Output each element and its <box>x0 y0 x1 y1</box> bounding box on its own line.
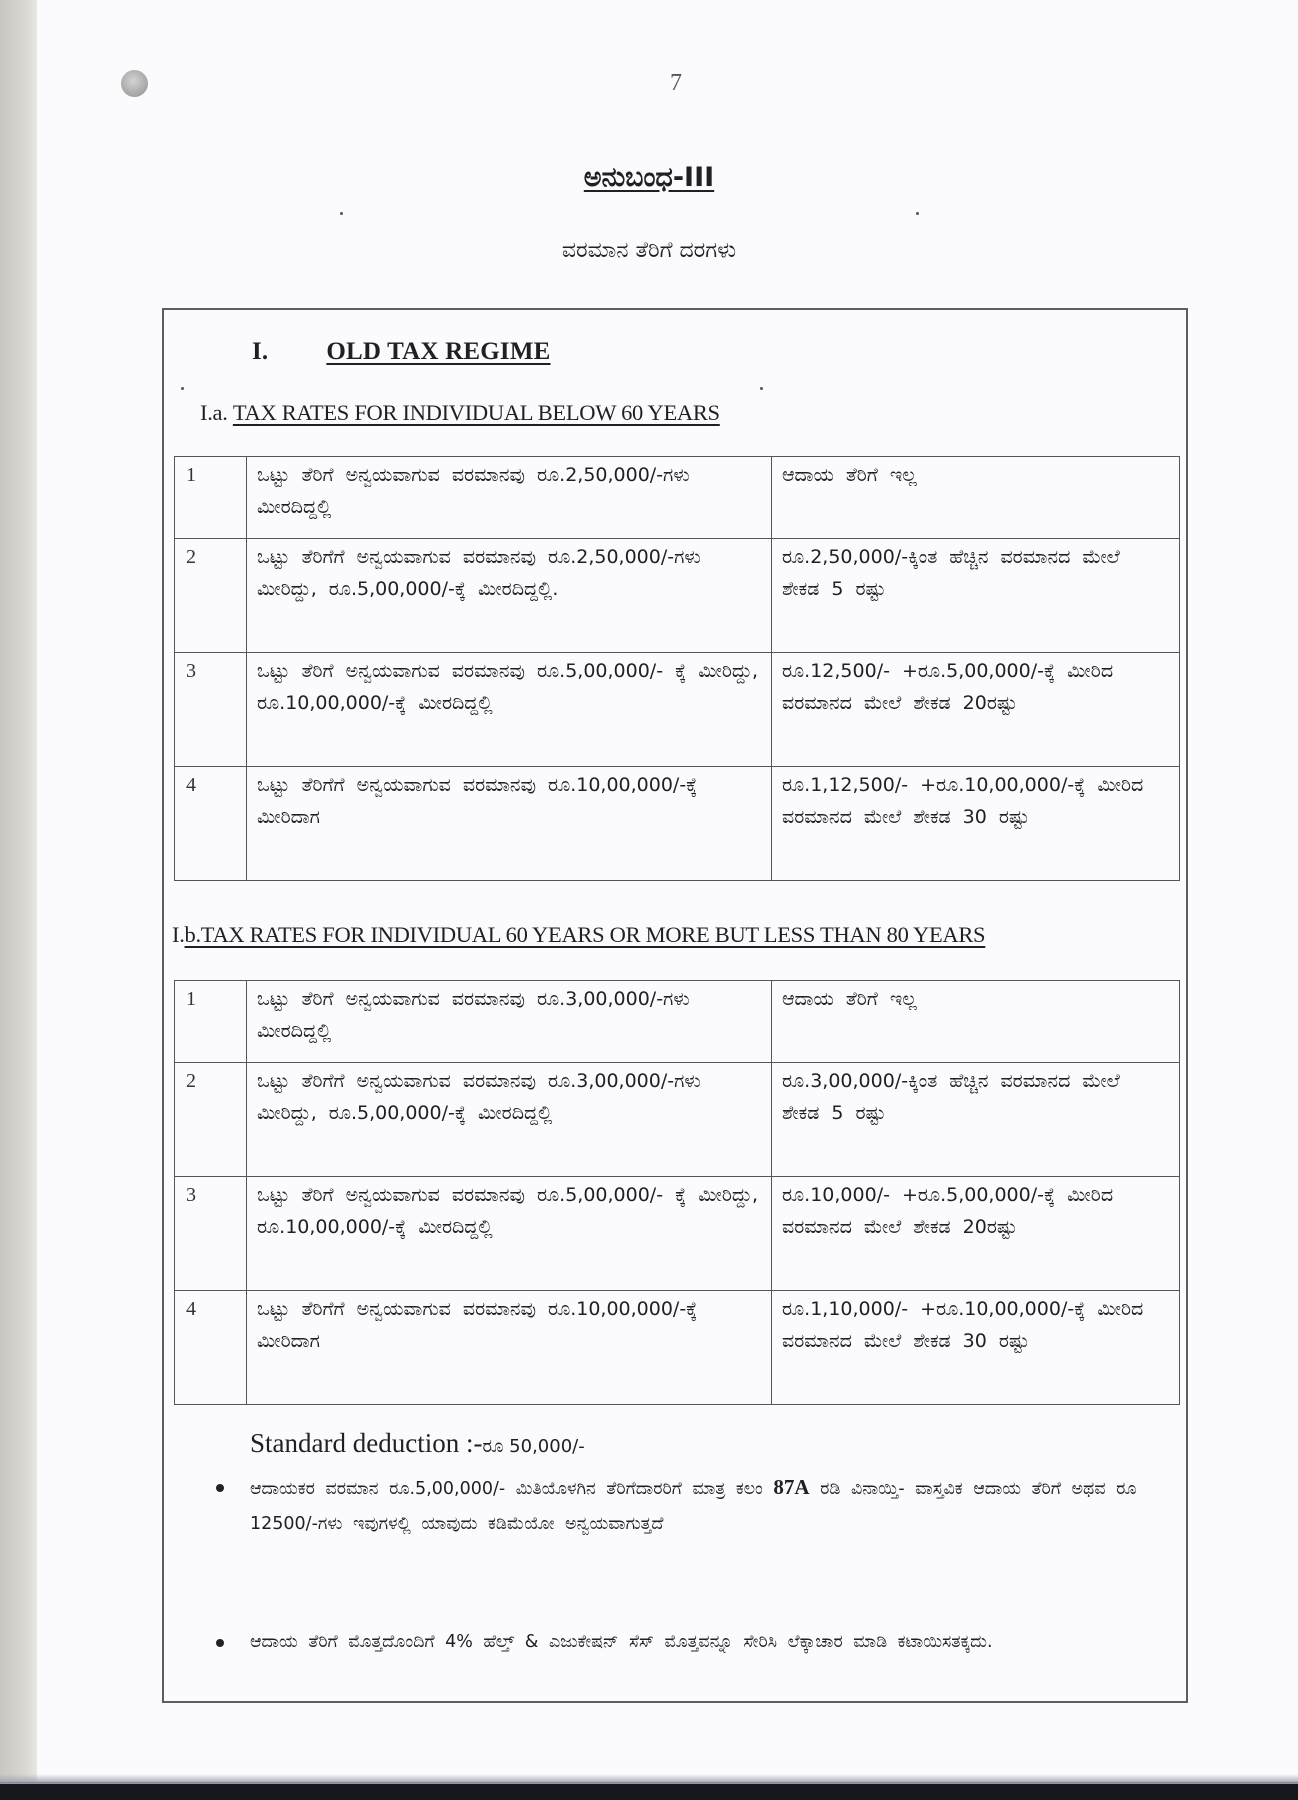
row-number-cell: 1 <box>175 981 247 1063</box>
row-number-cell: 2 <box>175 1063 247 1177</box>
income-condition-cell: ಒಟ್ಟು ತೆರಿಗೆ ಅನ್ವಯವಾಗುವ ವರಮಾನವು ರೂ.5,00,… <box>247 1177 772 1291</box>
row-number-cell: 1 <box>175 457 247 539</box>
tax-rate-cell: ರೂ.3,00,000/-ಕ್ಕಿಂತ ಹೆಚ್ಚಿನ ವರಮಾನದ ಮೇಲೆ … <box>772 1063 1180 1177</box>
standard-deduction-label: Standard deduction :- <box>250 1428 482 1458</box>
bullet-icon <box>216 1639 224 1647</box>
scan-speck <box>916 212 919 215</box>
row-number-cell: 2 <box>175 539 247 653</box>
tax-rate-cell: ಆದಾಯ ತೆರಿಗೆ ಇಲ್ಲ <box>772 981 1180 1063</box>
tax-rate-cell: ರೂ.2,50,000/-ಕ್ಕಿಂತ ಹೆಚ್ಚಿನ ವರಮಾನದ ಮೇಲೆ … <box>772 539 1180 653</box>
table-row: 1ಒಟ್ಟು ತೆರಿಗೆ ಅನ್ವಯವಾಗುವ ವರಮಾನವು ರೂ.2,50… <box>175 457 1180 539</box>
annex-subtitle: ವರಮಾನ ತೆರಿಗೆ ದರಗಳು <box>0 238 1298 263</box>
row-number-cell: 4 <box>175 1291 247 1405</box>
income-condition-cell: ಒಟ್ಟು ತೆರಿಗೆಗೆ ಅನ್ವಯವಾಗುವ ವರಮಾನವು ರೂ.10,… <box>247 767 772 881</box>
scan-bottom-edge <box>0 1782 1298 1800</box>
tax-rate-cell: ರೂ.1,12,500/- +ರೂ.10,00,000/-ಕ್ಕೆ ಮೀರಿದ … <box>772 767 1180 881</box>
section-title: OLD TAX REGIME <box>326 338 550 366</box>
income-condition-cell: ಒಟ್ಟು ತೆರಿಗೆಗೆ ಅನ್ವಯವಾಗುವ ವರಮಾನವು ರೂ.3,0… <box>247 1063 772 1177</box>
table-row: 2ಒಟ್ಟು ತೆರಿಗೆಗೆ ಅನ್ವಯವಾಗುವ ವರಮಾನವು ರೂ.3,… <box>175 1063 1180 1177</box>
bullet-icon <box>216 1484 224 1492</box>
tax-rate-cell: ರೂ.1,10,000/- +ರೂ.10,00,000/-ಕ್ಕೆ ಮೀರಿದ … <box>772 1291 1180 1405</box>
scan-speck <box>340 212 343 215</box>
tax-rate-cell: ರೂ.12,500/- +ರೂ.5,00,000/-ಕ್ಕೆ ಮೀರಿದ ವರಮ… <box>772 653 1180 767</box>
income-condition-cell: ಒಟ್ಟು ತೆರಿಗೆಗೆ ಅನ್ವಯವಾಗುವ ವರಮಾನವು ರೂ.2,5… <box>247 539 772 653</box>
row-number-cell: 4 <box>175 767 247 881</box>
page-number: 7 <box>670 70 682 97</box>
tax-rates-table-below-60: 1ಒಟ್ಟು ತೆರಿಗೆ ಅನ್ವಯವಾಗುವ ವರಮಾನವು ರೂ.2,50… <box>174 456 1180 881</box>
note-item: ಆದಾಯ ತೆರಿಗೆ ಮೊತ್ತದೊಂದಿಗೆ 4% ಹೆಲ್ತ್ & ಎಜು… <box>214 1625 1162 1660</box>
annex-title: ಅನುಬಂಧ-III <box>0 162 1298 194</box>
table-row: 3ಒಟ್ಟು ತೆರಿಗೆ ಅನ್ವಯವಾಗುವ ವರಮಾನವು ರೂ.5,00… <box>175 1177 1180 1291</box>
standard-deduction: Standard deduction :-ರೂ 50,000/- <box>250 1428 585 1459</box>
table-row: 3ಒಟ್ಟು ತೆರಿಗೆ ಅನ್ವಯವಾಗುವ ವರಮಾನವು ರೂ.5,00… <box>175 653 1180 767</box>
row-number-cell: 3 <box>175 1177 247 1291</box>
tax-rate-cell: ಆದಾಯ ತೆರಿಗೆ ಇಲ್ಲ <box>772 457 1180 539</box>
table-row: 2ಒಟ್ಟು ತೆರಿಗೆಗೆ ಅನ್ವಯವಾಗುವ ವರಮಾನವು ರೂ.2,… <box>175 539 1180 653</box>
scan-left-edge <box>0 0 37 1800</box>
note-item: ಆದಾಯಕರ ವರಮಾನ ರೂ.5,00,000/- ಮಿತಿಯೊಳಗಿನ ತೆ… <box>214 1470 1162 1542</box>
table-row: 4ಒಟ್ಟು ತೆರಿಗೆಗೆ ಅನ್ವಯವಾಗುವ ವರಮಾನವು ರೂ.10… <box>175 767 1180 881</box>
income-condition-cell: ಒಟ್ಟು ತೆರಿಗೆಗೆ ಅನ್ವಯವಾಗುವ ವರಮಾನವು ರೂ.10,… <box>247 1291 772 1405</box>
table-row: 1ಒಟ್ಟು ತೆರಿಗೆ ಅನ್ವಯವಾಗುವ ವರಮಾನವು ರೂ.3,00… <box>175 981 1180 1063</box>
table-b-heading: I.b.TAX RATES FOR INDIVIDUAL 60 YEARS OR… <box>172 922 985 948</box>
section-heading: I. OLD TAX REGIME <box>252 338 551 366</box>
table-a-heading: I.a. TAX RATES FOR INDIVIDUAL BELOW 60 Y… <box>200 400 720 426</box>
tax-rate-cell: ರೂ.10,000/- +ರೂ.5,00,000/-ಕ್ಕೆ ಮೀರಿದ ವರಮ… <box>772 1177 1180 1291</box>
tax-rates-table-60-to-80: 1ಒಟ್ಟು ತೆರಿಗೆ ಅನ್ವಯವಾಗುವ ವರಮಾನವು ರೂ.3,00… <box>174 980 1180 1405</box>
income-condition-cell: ಒಟ್ಟು ತೆರಿಗೆ ಅನ್ವಯವಾಗುವ ವರಮಾನವು ರೂ.5,00,… <box>247 653 772 767</box>
punch-hole-mark <box>121 70 148 97</box>
table-row: 4ಒಟ್ಟು ತೆರಿಗೆಗೆ ಅನ್ವಯವಾಗುವ ವರಮಾನವು ರೂ.10… <box>175 1291 1180 1405</box>
standard-deduction-amount: ರೂ 50,000/- <box>482 1436 584 1457</box>
income-condition-cell: ಒಟ್ಟು ತೆರಿಗೆ ಅನ್ವಯವಾಗುವ ವರಮಾನವು ರೂ.2,50,… <box>247 457 772 539</box>
section-numeral: I. <box>252 338 268 366</box>
row-number-cell: 3 <box>175 653 247 767</box>
income-condition-cell: ಒಟ್ಟು ತೆರಿಗೆ ಅನ್ವಯವಾಗುವ ವರಮಾನವು ರೂ.3,00,… <box>247 981 772 1063</box>
